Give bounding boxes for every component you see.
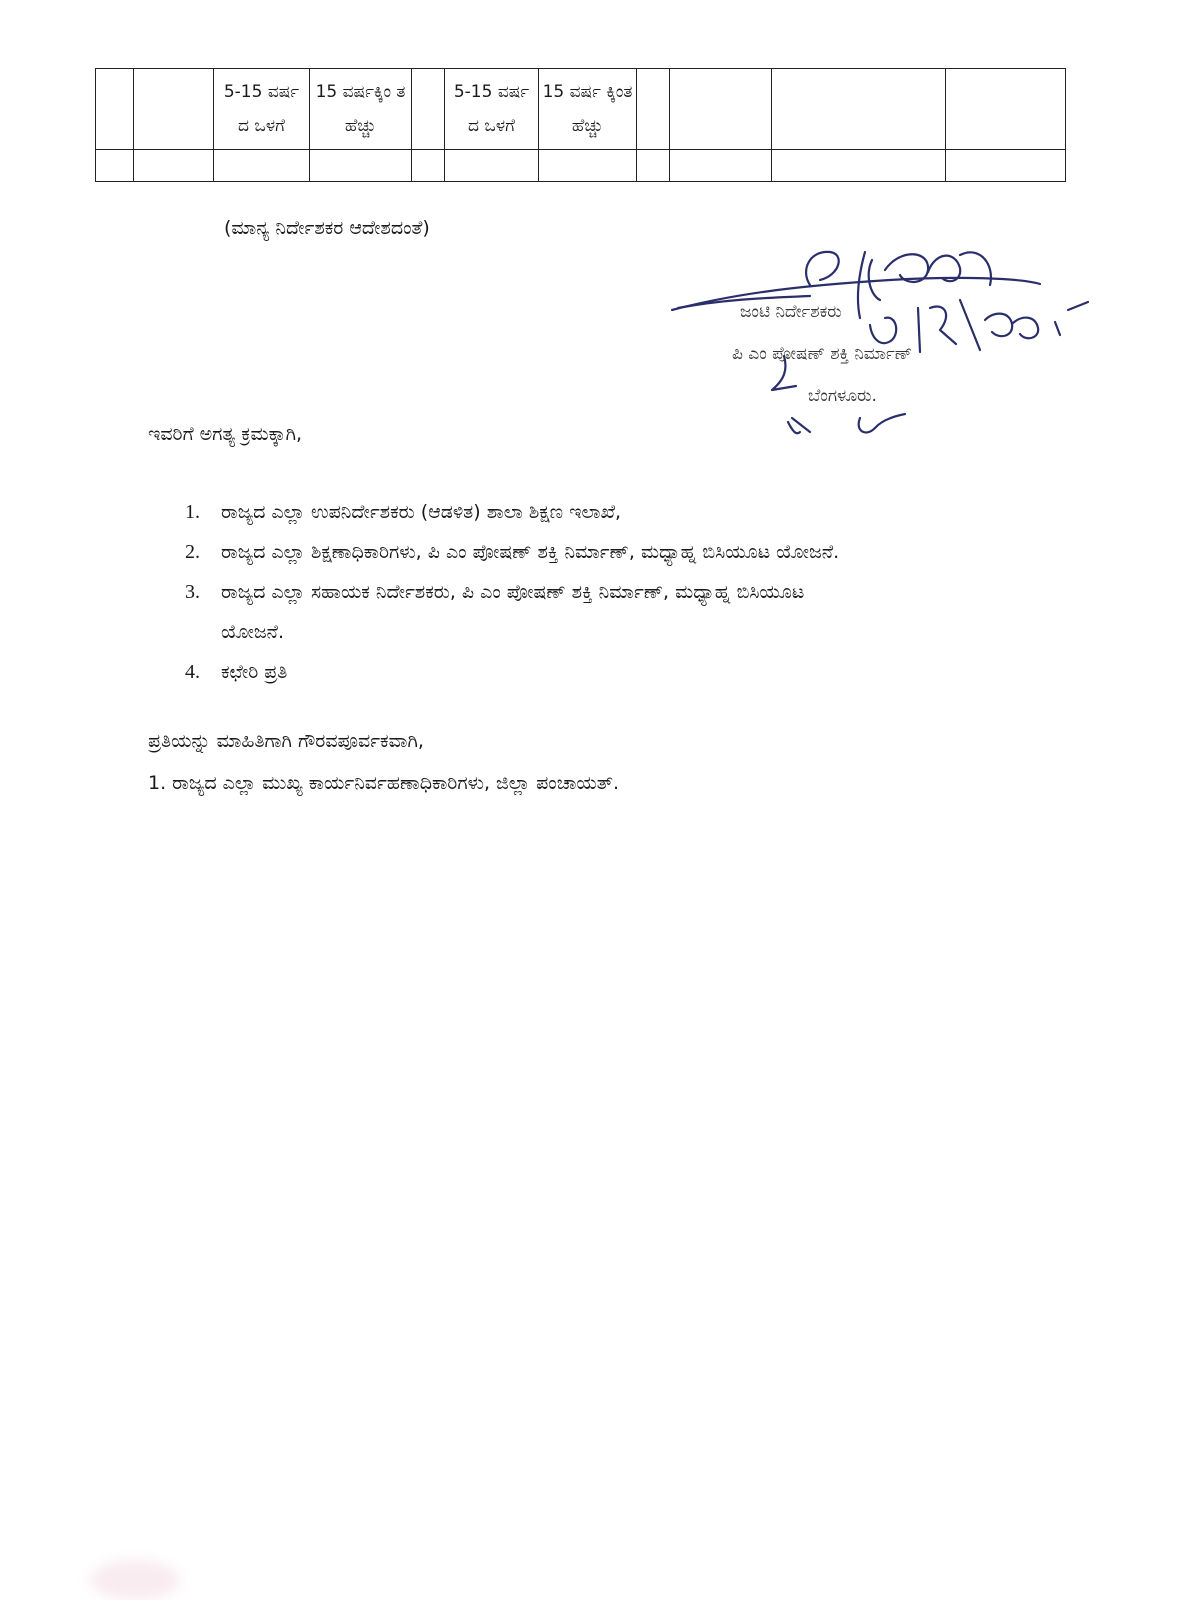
table-cell	[670, 150, 772, 182]
table-cell-age-above-15: 15 ವರ್ಷ ಕ್ಕಿಂತ ಹೆಚ್ಚು	[539, 69, 637, 150]
cc-heading: ಪ್ರತಿಯನ್ನು ಮಾಹಿತಿಗಾಗಿ ಗೌರವಪೂರ್ವಕವಾಗಿ,	[148, 730, 424, 752]
table-cell-age-5-15: 5-15 ವರ್ಷ ದ ಒಳಗೆ	[445, 69, 539, 150]
table-cell	[946, 69, 1066, 150]
order-note: (ಮಾನ್ಯ ನಿರ್ದೇಶಕರ ಆದೇಶದಂತೆ)	[224, 217, 430, 239]
table-row	[96, 150, 1066, 182]
table-cell	[412, 150, 445, 182]
age-group-table: 5-15 ವರ್ಷ ದ ಒಳಗೆ 15 ವರ್ಷಕ್ಕಿಂ ತ ಹೆಚ್ಚು 5…	[95, 68, 1066, 182]
list-item: 3. ರಾಜ್ಯದ ಎಲ್ಲಾ ಸಹಾಯಕ ನಿರ್ದೇಶಕರು, ಪಿ ಎಂ …	[185, 572, 839, 652]
list-item: 2. ರಾಜ್ಯದ ಎಲ್ಲಾ ಶಿಕ್ಷಣಾಧಿಕಾರಿಗಳು, ಪಿ ಎಂ …	[185, 532, 839, 572]
table-cell	[637, 150, 670, 182]
table-cell	[637, 69, 670, 150]
to-heading: ಇವರಿಗೆ ಅಗತ್ಯ ಕ್ರಮಕ್ಕಾಗಿ,	[148, 423, 302, 445]
table-cell	[670, 69, 772, 150]
table-cell	[445, 150, 539, 182]
table-cell	[946, 150, 1066, 182]
table-cell	[772, 150, 946, 182]
table-header-row: 5-15 ವರ್ಷ ದ ಒಳಗೆ 15 ವರ್ಷಕ್ಕಿಂ ತ ಹೆಚ್ಚು 5…	[96, 69, 1066, 150]
table-cell	[134, 69, 214, 150]
table-cell	[134, 150, 214, 182]
table-cell	[96, 150, 134, 182]
scan-stain	[90, 1560, 180, 1600]
signature-designation: ಜಂಟಿ ನಿರ್ದೇಶಕರು	[740, 302, 842, 322]
table-cell	[772, 69, 946, 150]
table-cell-age-5-15: 5-15 ವರ್ಷ ದ ಒಳಗೆ	[214, 69, 310, 150]
table-cell	[310, 150, 412, 182]
signature-block: ಜಂಟಿ ನಿರ್ದೇಶಕರು ಪಿ ಎಂ ಪೋಷಣ್ ಶಕ್ತಿ ನಿರ್ಮಾ…	[660, 240, 1120, 450]
document-page: 5-15 ವರ್ಷ ದ ಒಳಗೆ 15 ವರ್ಷಕ್ಕಿಂ ತ ಹೆಚ್ಚು 5…	[0, 0, 1193, 1600]
list-item: 1. ರಾಜ್ಯದ ಎಲ್ಲಾ ಉಪನಿರ್ದೇಶಕರು (ಆಡಳಿತ) ಶಾಲ…	[185, 492, 839, 532]
cc-list-item: 1. ರಾಜ್ಯದ ಎಲ್ಲಾ ಮುಖ್ಯ ಕಾರ್ಯನಿರ್ವಹಣಾಧಿಕಾರ…	[148, 772, 619, 794]
list-item: 4. ಕಛೇರಿ ಪ್ರತಿ	[185, 652, 839, 692]
signature-department: ಪಿ ಎಂ ಪೋಷಣ್ ಶಕ್ತಿ ನಿರ್ಮಾಣ್	[732, 344, 912, 364]
table-cell	[96, 69, 134, 150]
table-cell-age-above-15: 15 ವರ್ಷಕ್ಕಿಂ ತ ಹೆಚ್ಚು	[310, 69, 412, 150]
table-cell	[539, 150, 637, 182]
recipients-list: 1. ರಾಜ್ಯದ ಎಲ್ಲಾ ಉಪನಿರ್ದೇಶಕರು (ಆಡಳಿತ) ಶಾಲ…	[185, 492, 839, 692]
table-cell	[412, 69, 445, 150]
table-cell	[214, 150, 310, 182]
signature-place: ಬೆಂಗಳೂರು.	[808, 386, 877, 406]
